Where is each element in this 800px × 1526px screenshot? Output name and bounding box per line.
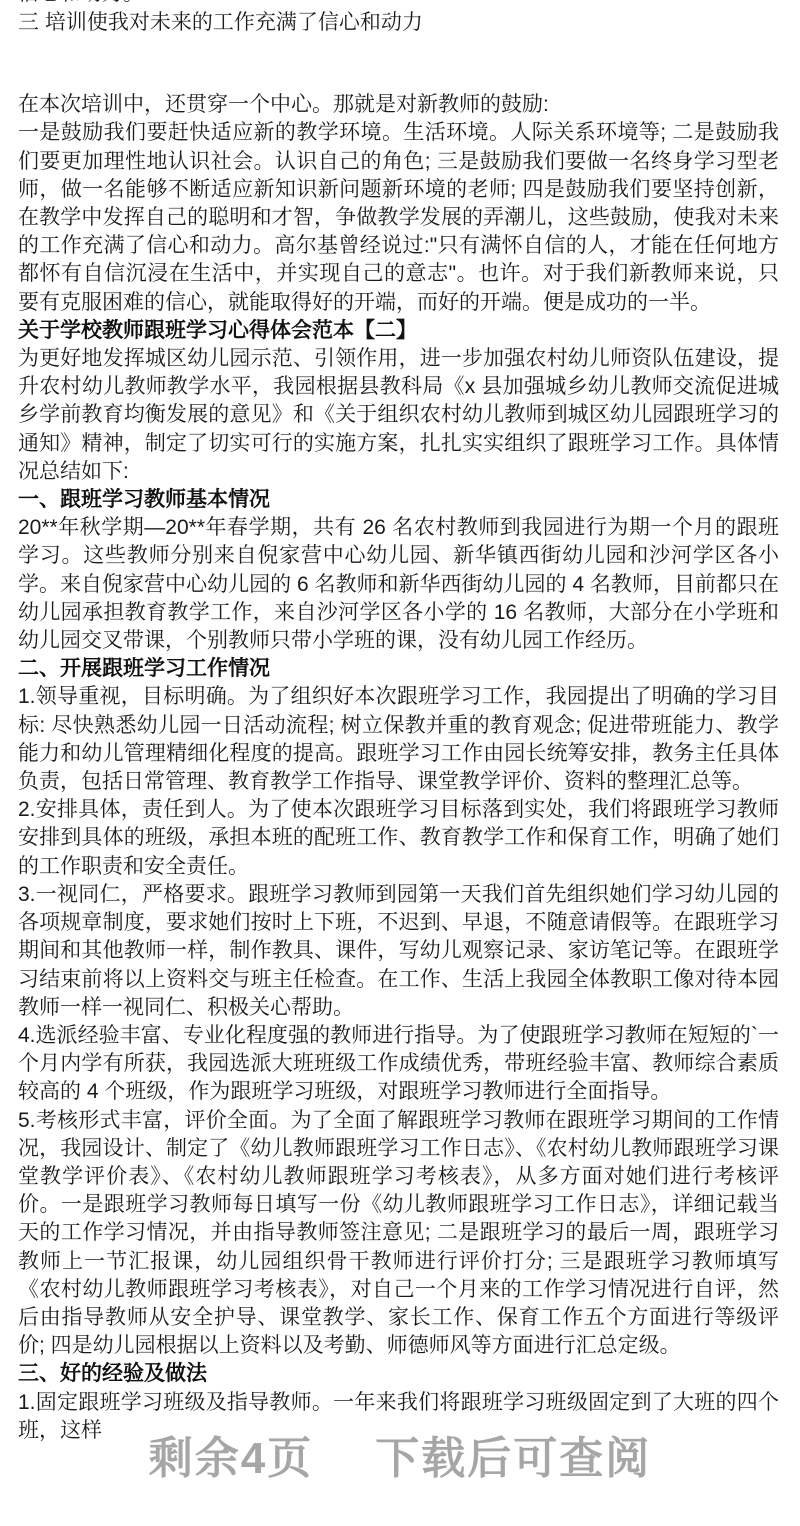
download-to-view-label: 下载后可查阅 xyxy=(375,1422,651,1486)
paragraph: 一是鼓励我们要赶快适应新的教学环境。生活环境。人际关系环境等; 二是鼓励我们要更… xyxy=(18,119,779,316)
section-heading: 一、跟班学习教师基本情况 xyxy=(18,486,779,514)
document-body: 信心和动力。三 培训使我对未来的工作充满了信心和动力在本次培训中，还贯穿一个中心… xyxy=(0,0,800,1445)
paragraph: 20**年秋学期—20**年春学期，共有 26 名农村教师到我园进行为期一个月的… xyxy=(18,514,779,655)
paragraph: 为更好地发挥城区幼儿园示范、引领作用，进一步加强农村幼儿师资队伍建设，提升农村幼… xyxy=(18,345,779,486)
clipped-top-line: 信心和动力。 xyxy=(18,0,779,9)
page-footer-notice: 剩余4页 下载后可查阅 xyxy=(0,1422,800,1486)
paragraph: 3.一视同仁，严格要求。跟班学习教师到园第一天我们首先组织她们学习幼儿园的各项规… xyxy=(18,881,779,1022)
section-heading: 二、开展跟班学习工作情况 xyxy=(18,655,779,683)
paragraph: 4.选派经验丰富、专业化程度强的教师进行指导。为了使跟班学习教师在短短的`一个月… xyxy=(18,1022,779,1107)
section-heading: 关于学校教师跟班学习心得体会范本【二】 xyxy=(18,317,779,345)
section-heading: 三、好的经验及做法 xyxy=(18,1360,779,1388)
paragraph: 5.考核形式丰富，评价全面。为了全面了解跟班学习教师在跟班学习期间的工作情况，我… xyxy=(18,1107,779,1361)
paragraph: 三 培训使我对未来的工作充满了信心和动力 xyxy=(18,9,779,37)
remaining-pages-label: 剩余4页 xyxy=(149,1422,313,1486)
paragraph: 2.安排具体，责任到人。为了使本次跟班学习目标落到实处，我们将跟班学习教师安排到… xyxy=(18,796,779,881)
paragraph: 在本次培训中，还贯穿一个中心。那就是对新教师的鼓励: xyxy=(18,91,779,119)
paragraph: 1.领导重视，目标明确。为了组织好本次跟班学习工作，我园提出了明确的学习目标: … xyxy=(18,683,779,796)
